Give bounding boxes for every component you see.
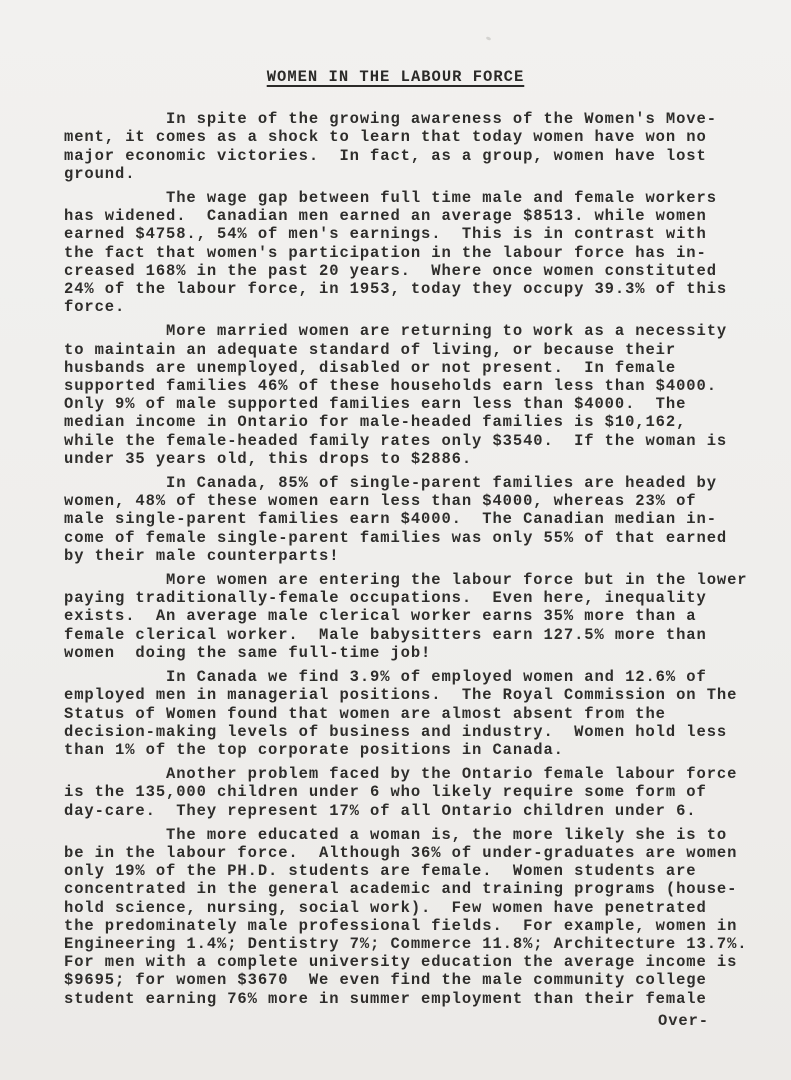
paragraph-occupations: More women are entering the labour force…	[64, 571, 771, 662]
paragraph-wage-gap: The wage gap between full time male and …	[64, 189, 771, 316]
document-title: WOMEN IN THE LABOUR FORCE	[0, 68, 791, 86]
paper-speck	[486, 36, 492, 41]
document-page: WOMEN IN THE LABOUR FORCE In spite of th…	[0, 0, 791, 1080]
paragraph-single-parent: In Canada, 85% of single-parent families…	[64, 474, 771, 565]
paragraph-daycare: Another problem faced by the Ontario fem…	[64, 765, 771, 820]
document-body: In spite of the growing awareness of the…	[0, 110, 791, 1008]
paragraph-intro: In spite of the growing awareness of the…	[64, 110, 771, 183]
paragraph-education: The more educated a woman is, the more l…	[64, 826, 771, 1008]
paragraph-married-women: More married women are returning to work…	[64, 322, 771, 468]
paragraph-managerial: In Canada we find 3.9% of employed women…	[64, 668, 771, 759]
page-continuation-marker: Over-	[658, 1012, 709, 1030]
